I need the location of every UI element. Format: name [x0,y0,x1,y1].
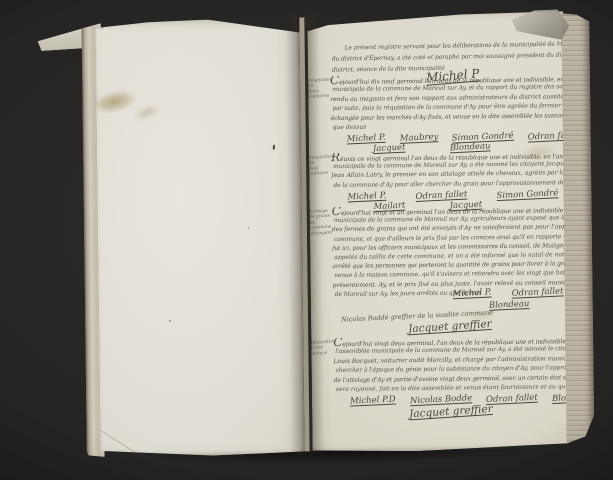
open-register-book: Détail du bufay Le présent registre serv… [81,11,594,463]
fore-edge-pages [561,13,594,445]
signature: Jacquet greffier [408,318,492,335]
signature: Michel P. [347,190,386,202]
signature: Jacquet greffier [409,403,493,420]
ink-speck [169,320,171,322]
signature: Odran fallet [486,393,538,405]
left-page: Détail du bufay [95,18,304,456]
entry-text: Cejourd'hui dix neuf germinal l'an deux … [330,73,564,132]
register-entry: Arrivage de grains de commune étrangèreC… [332,204,567,334]
signature: Blondeau [489,299,530,311]
signature: Michel P. [453,287,492,299]
signature: Michel P.D [350,395,396,407]
signature: Odran fallet [512,286,564,298]
entry-text: Cejourd'hui vingt deux germinal, l'an de… [333,335,567,394]
ink-speck [248,227,249,229]
register-entry: Réquisition de bois militaireRéunis ce v… [331,150,565,212]
right-page: Le présent registre servant pour les dél… [307,11,568,452]
register-entry: Réquisition d'une voitureCejourd'hui vin… [333,335,567,419]
entry-text: Réunis ce vingt germinal l'an deux de la… [331,150,564,190]
entries: Réquisition en foins militairesCejourd'h… [307,11,563,14]
register-entry: Réquisition en foins militairesCejourd'h… [330,73,564,154]
ink-speck [273,145,276,150]
signature-row: Jacquet greffier [334,405,567,420]
entry-text: Cejourd'hui vingt et un germinal l'an de… [332,204,566,299]
manuscript-photo: Détail du bufay Le présent registre serv… [0,0,613,480]
